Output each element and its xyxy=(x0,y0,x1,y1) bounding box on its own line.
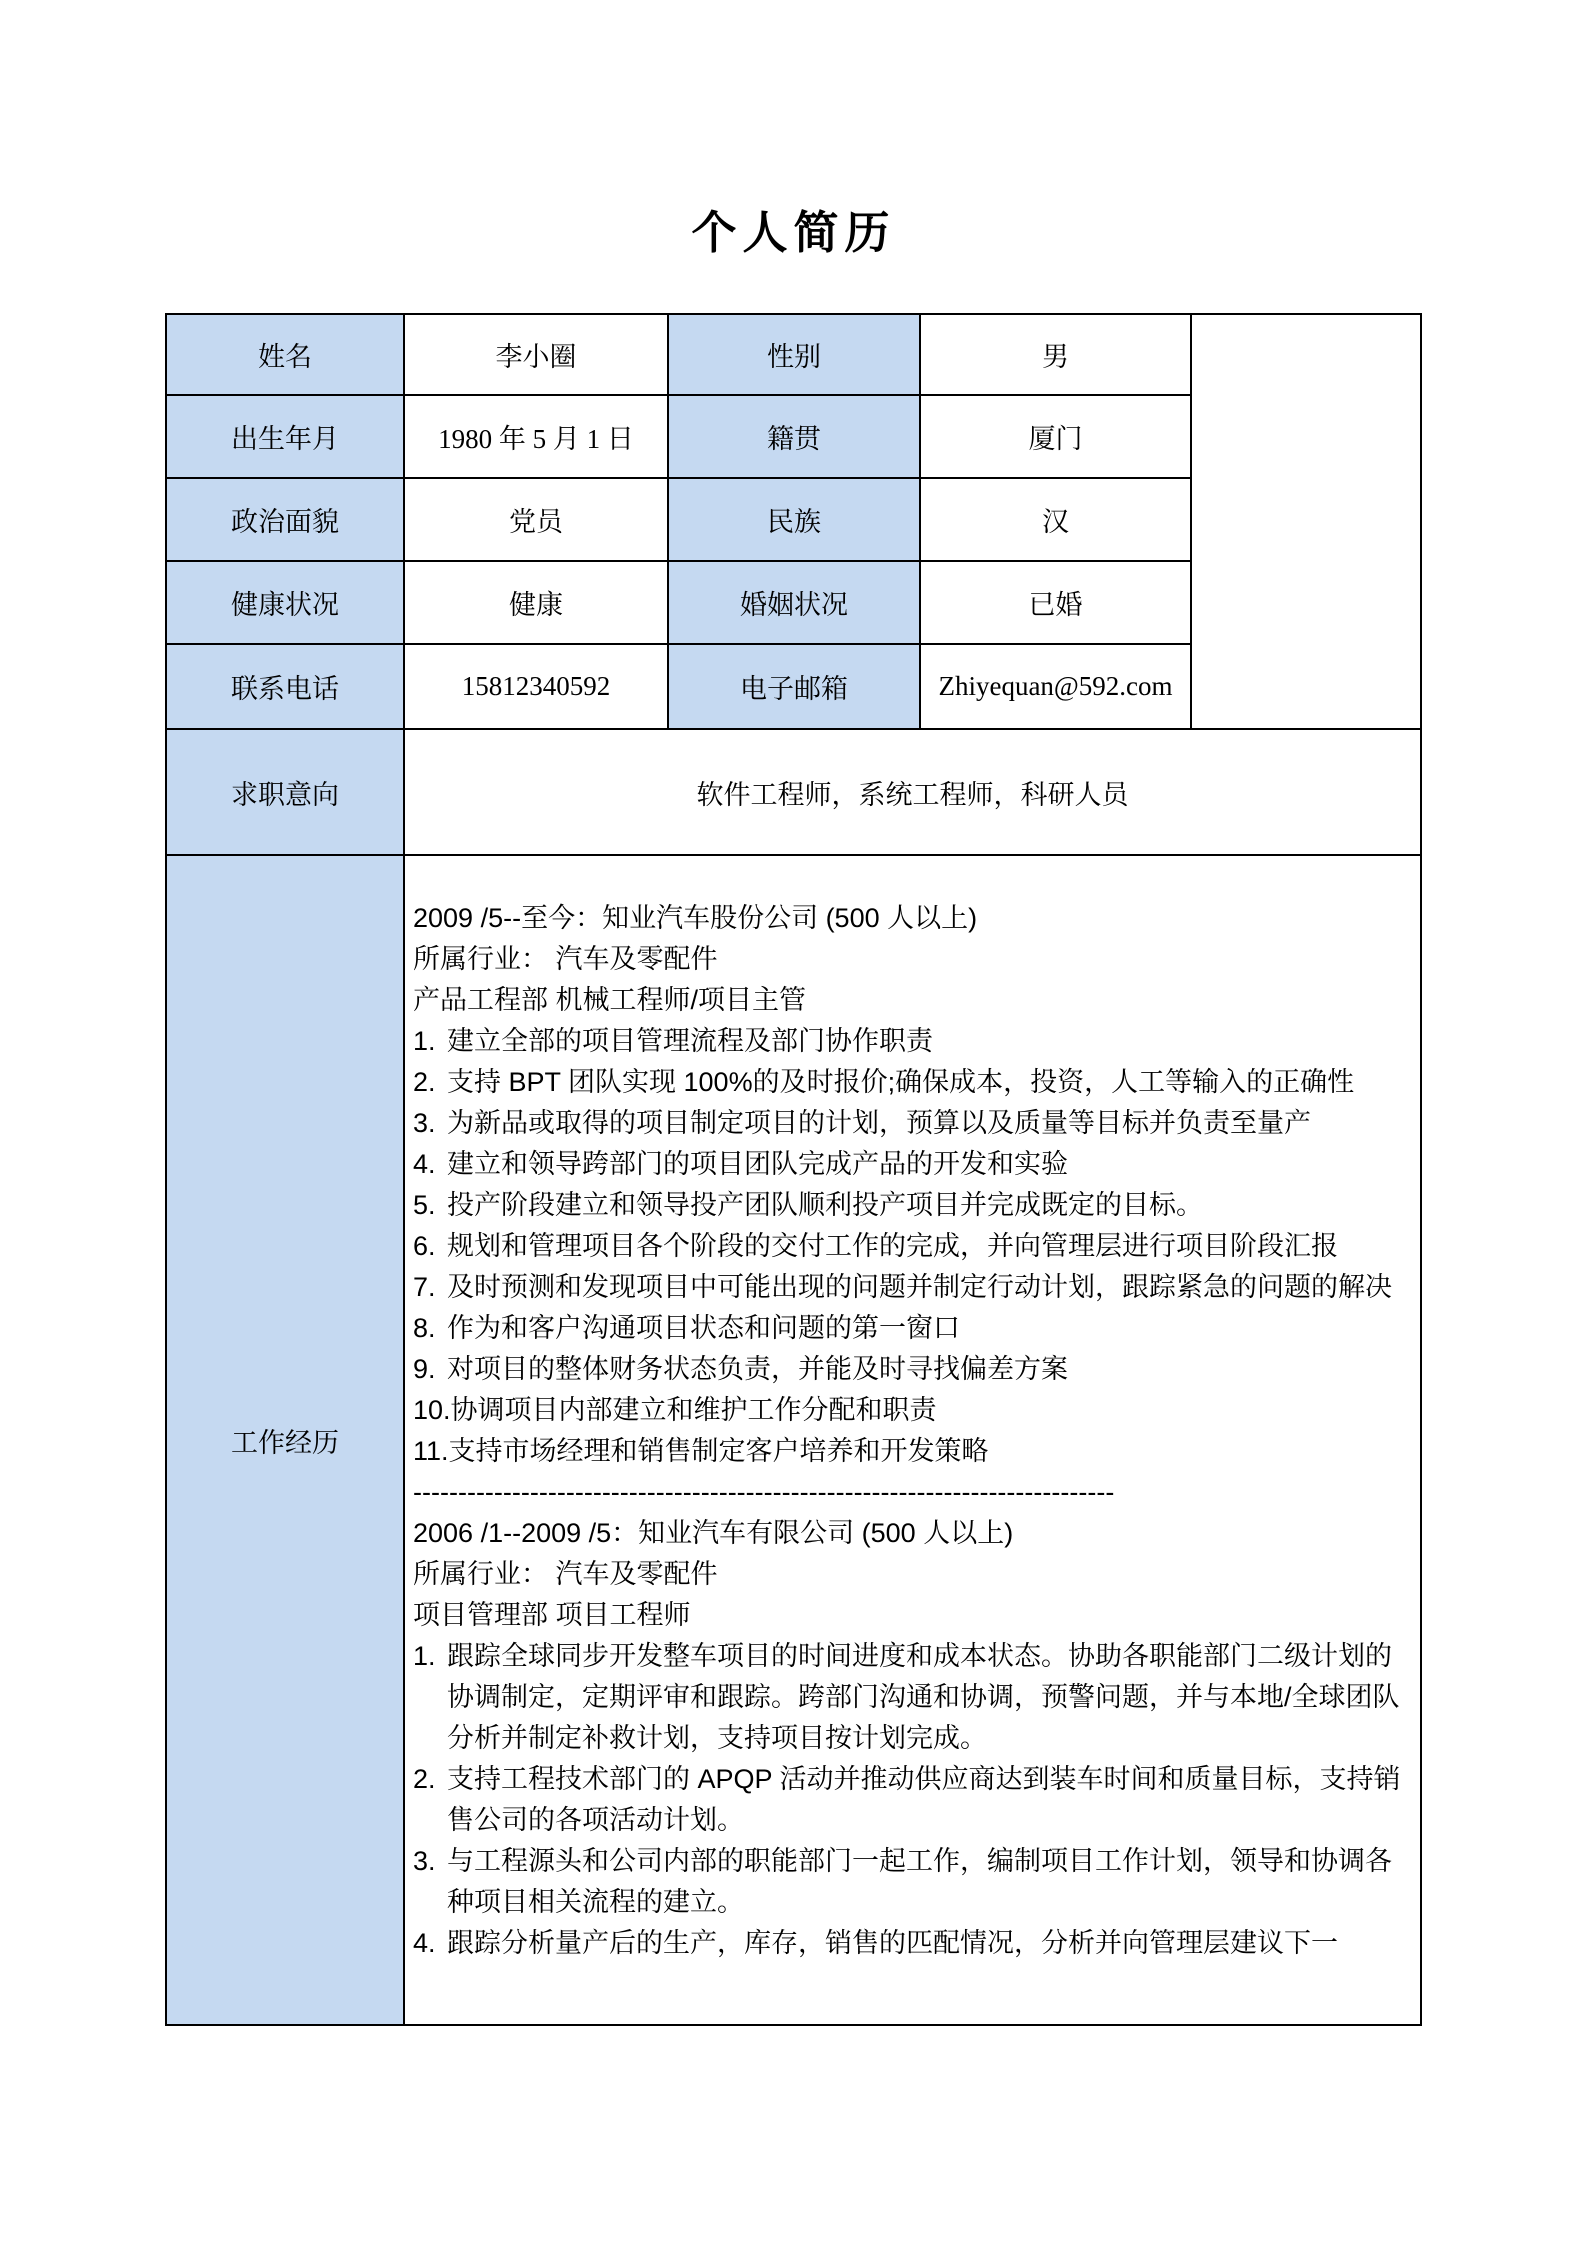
field-value-phone: 15812340592 xyxy=(404,644,668,729)
job-duty-text: 投产阶段建立和领导投产团队顺利投产项目并完成既定的目标。 xyxy=(447,1185,1410,1226)
field-label-job-objective: 求职意向 xyxy=(166,729,404,855)
job-duty-item: 4.跟踪分析量产后的生产，库存，销售的匹配情况，分析并向管理层建议下一 xyxy=(413,1923,1410,1964)
field-label-work-experience: 工作经历 xyxy=(166,855,404,2025)
field-label-email: 电子邮箱 xyxy=(668,644,920,729)
field-value-gender: 男 xyxy=(920,314,1191,395)
job-duty-item: 5.投产阶段建立和领导投产团队顺利投产项目并完成既定的目标。 xyxy=(413,1185,1410,1226)
field-label-health: 健康状况 xyxy=(166,561,404,644)
job-header-line: 所属行业： 汽车及零配件 xyxy=(413,1554,1410,1595)
field-label-marital: 婚姻状况 xyxy=(668,561,920,644)
work-experience-cell: 2009 /5--至今：知业汽车股份公司 (500 人以上)所属行业： 汽车及零… xyxy=(404,855,1421,2025)
resume-page: 个人简历 姓名 李小圈 性别 男 出生年月 1980 年 5 月 1 日 籍贯 … xyxy=(0,0,1587,2245)
job-duty-item: 8.作为和客户沟通项目状态和问题的第一窗口 xyxy=(413,1308,1410,1349)
job-duty-text: 跟踪分析量产后的生产，库存，销售的匹配情况，分析并向管理层建议下一 xyxy=(447,1923,1410,1964)
job-duty-number: 3. xyxy=(413,1103,447,1144)
job-duty-text: 对项目的整体财务状态负责，并能及时寻找偏差方案 xyxy=(447,1349,1410,1390)
job-duty-text: 支持工程技术部门的 APQP 活动并推动供应商达到装车时间和质量目标，支持销售公… xyxy=(447,1759,1410,1841)
field-label-political: 政治面貌 xyxy=(166,478,404,561)
field-value-health: 健康 xyxy=(404,561,668,644)
table-row-name-gender: 姓名 李小圈 性别 男 xyxy=(166,314,1421,395)
job-duty-item: 1.建立全部的项目管理流程及部门协作职责 xyxy=(413,1021,1410,1062)
job-duty-text: 跟踪全球同步开发整车项目的时间进度和成本状态。协助各职能部门二级计划的协调制定，… xyxy=(447,1636,1410,1759)
jobs-separator: ----------------------------------------… xyxy=(413,1472,1410,1513)
job-duty-number: 1. xyxy=(413,1636,447,1759)
job-duty-item: 1.跟踪全球同步开发整车项目的时间进度和成本状态。协助各职能部门二级计划的协调制… xyxy=(413,1636,1410,1759)
job-duty-number: 11. xyxy=(413,1431,449,1472)
job-duty-item: 2.支持工程技术部门的 APQP 活动并推动供应商达到装车时间和质量目标，支持销… xyxy=(413,1759,1410,1841)
work-experience-content: 2009 /5--至今：知业汽车股份公司 (500 人以上)所属行业： 汽车及零… xyxy=(405,856,1420,2024)
table-row-work-experience: 工作经历 2009 /5--至今：知业汽车股份公司 (500 人以上)所属行业：… xyxy=(166,855,1421,2025)
job-duty-number: 1. xyxy=(413,1021,447,1062)
job-duty-number: 5. xyxy=(413,1185,447,1226)
field-label-birthplace: 籍贯 xyxy=(668,395,920,478)
job-duty-text: 支持 BPT 团队实现 100%的及时报价;确保成本，投资，人工等输入的正确性 xyxy=(447,1062,1410,1103)
job-duty-text: 及时预测和发现项目中可能出现的问题并制定行动计划，跟踪紧急的问题的解决 xyxy=(447,1267,1410,1308)
job-duty-number: 2. xyxy=(413,1062,447,1103)
field-label-birthdate: 出生年月 xyxy=(166,395,404,478)
job-duty-item: 11.支持市场经理和销售制定客户培养和开发策略 xyxy=(413,1431,1410,1472)
job-duty-number: 7. xyxy=(413,1267,447,1308)
job-duty-number: 2. xyxy=(413,1759,447,1841)
job-duty-item: 3.与工程源头和公司内部的职能部门一起工作，编制项目工作计划，领导和协调各种项目… xyxy=(413,1841,1410,1923)
job-duty-number: 4. xyxy=(413,1923,447,1964)
job-duty-item: 10.协调项目内部建立和维护工作分配和职责 xyxy=(413,1390,1410,1431)
table-row-job-objective: 求职意向 软件工程师，系统工程师，科研人员 xyxy=(166,729,1421,855)
photo-placeholder xyxy=(1191,314,1421,729)
job-duty-item: 9.对项目的整体财务状态负责，并能及时寻找偏差方案 xyxy=(413,1349,1410,1390)
field-value-job-objective: 软件工程师，系统工程师，科研人员 xyxy=(404,729,1421,855)
job-duty-number: 4. xyxy=(413,1144,447,1185)
field-value-birthdate: 1980 年 5 月 1 日 xyxy=(404,395,668,478)
job-duty-item: 3.为新品或取得的项目制定项目的计划，预算以及质量等目标并负责至量产 xyxy=(413,1103,1410,1144)
field-label-name: 姓名 xyxy=(166,314,404,395)
field-value-political: 党员 xyxy=(404,478,668,561)
job-header-line: 产品工程部 机械工程师/项目主管 xyxy=(413,980,1410,1021)
field-value-name: 李小圈 xyxy=(404,314,668,395)
field-label-phone: 联系电话 xyxy=(166,644,404,729)
job-header-line: 项目管理部 项目工程师 xyxy=(413,1595,1410,1636)
job-duty-item: 2.支持 BPT 团队实现 100%的及时报价;确保成本，投资，人工等输入的正确… xyxy=(413,1062,1410,1103)
job-duty-number: 3. xyxy=(413,1841,447,1923)
job-duty-text: 规划和管理项目各个阶段的交付工作的完成，并向管理层进行项目阶段汇报 xyxy=(447,1226,1410,1267)
job-duty-text: 建立和领导跨部门的项目团队完成产品的开发和实验 xyxy=(447,1144,1410,1185)
job-duty-number: 6. xyxy=(413,1226,447,1267)
field-value-email: Zhiyequan@592.com xyxy=(920,644,1191,729)
field-value-birthplace: 厦门 xyxy=(920,395,1191,478)
job-header-line: 2009 /5--至今：知业汽车股份公司 (500 人以上) xyxy=(413,898,1410,939)
job-header-line: 所属行业： 汽车及零配件 xyxy=(413,939,1410,980)
field-value-ethnicity: 汉 xyxy=(920,478,1191,561)
field-label-ethnicity: 民族 xyxy=(668,478,920,561)
field-value-marital: 已婚 xyxy=(920,561,1191,644)
job-duty-text: 与工程源头和公司内部的职能部门一起工作，编制项目工作计划，领导和协调各种项目相关… xyxy=(447,1841,1410,1923)
job-duty-text: 为新品或取得的项目制定项目的计划，预算以及质量等目标并负责至量产 xyxy=(447,1103,1410,1144)
field-label-gender: 性别 xyxy=(668,314,920,395)
job-duty-item: 6.规划和管理项目各个阶段的交付工作的完成，并向管理层进行项目阶段汇报 xyxy=(413,1226,1410,1267)
page-title: 个人简历 xyxy=(0,0,1587,261)
job-duty-item: 4.建立和领导跨部门的项目团队完成产品的开发和实验 xyxy=(413,1144,1410,1185)
job-duty-item: 7.及时预测和发现项目中可能出现的问题并制定行动计划，跟踪紧急的问题的解决 xyxy=(413,1267,1410,1308)
job-duty-text: 作为和客户沟通项目状态和问题的第一窗口 xyxy=(447,1308,1410,1349)
job-duty-number: 9. xyxy=(413,1349,447,1390)
job-duty-text: 协调项目内部建立和维护工作分配和职责 xyxy=(451,1390,1410,1431)
job-duty-text: 建立全部的项目管理流程及部门协作职责 xyxy=(447,1021,1410,1062)
job-duty-number: 8. xyxy=(413,1308,447,1349)
job-header-line: 2006 /1--2009 /5：知业汽车有限公司 (500 人以上) xyxy=(413,1513,1410,1554)
job-duty-text: 支持市场经理和销售制定客户培养和开发策略 xyxy=(449,1431,1410,1472)
job-duty-number: 10. xyxy=(413,1390,451,1431)
resume-table: 姓名 李小圈 性别 男 出生年月 1980 年 5 月 1 日 籍贯 厦门 政治… xyxy=(165,313,1422,2026)
